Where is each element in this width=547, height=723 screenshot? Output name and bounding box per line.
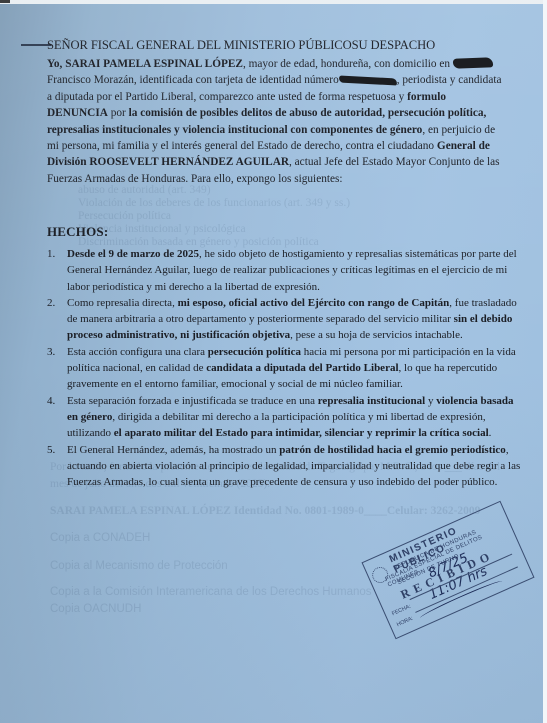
page-top-edge [0,0,543,4]
received-stamp: MINISTERIO PUBLICO REPUBLICA DE HONDURAS… [361,501,534,640]
fact-bold: patrón de hostilidad hacia el gremio per… [279,444,506,456]
fact-text: Como represalia directa, [67,297,178,309]
stamp-date-label: FECHA: [391,604,412,618]
fact-item: 1.Desde el 9 de marzo de 2025, he sido o… [67,246,522,295]
show-through-text: Copia a la Comisión Interamericana de lo… [50,586,372,598]
redacted-id-number [339,76,397,86]
fact-bold: represalia institucional [318,395,425,407]
page-corner-mark [0,0,10,3]
intro-text: , mayor de edad, hondureña, con domicili… [243,58,450,70]
show-through-text: Persecución política [78,210,171,222]
fact-number: 4. [47,393,55,409]
fact-number: 3. [47,344,55,360]
document-heading: SEÑOR FISCAL GENERAL DEL MINISTERIO PÚBL… [47,38,435,53]
fact-item: 5.El General Hernández, además, ha mostr… [67,442,522,491]
fact-text: El General Hernández, además, ha mostrad… [67,444,279,456]
intro-paragraph: Yo, SARAI PAMELA ESPINAL LÓPEZ, mayor de… [47,56,502,187]
intro-text: por [108,107,129,119]
fact-bold: candidata a diputada del Partido Liberal [206,362,398,374]
fact-text: . [489,427,492,439]
show-through-text: Copia al Mecanismo de Protección [50,560,228,572]
fact-bold: mi esposo, oficial activo del Ejército c… [178,297,450,309]
fact-text: Esta acción configura una clara [67,346,208,358]
document-page: abuso de autoridad (art. 349) Violación … [0,0,543,723]
fact-item: 2.Como represalia directa, mi esposo, of… [67,295,522,344]
fact-text: Esta separación forzada e injustificada … [67,395,318,407]
fact-bold: persecución política [208,346,301,358]
complainant-name: Yo, SARAI PAMELA ESPINAL LÓPEZ [47,58,243,70]
fact-text: , pese a su hoja de servicios intachable… [290,329,463,341]
fact-item: 4.Esta separación forzada e injustificad… [67,393,522,442]
intro-text: Francisco Morazán, identificada con tarj… [47,74,339,86]
show-through-text: Copia OACNUDH [50,603,141,615]
redacted-address [453,57,493,68]
fact-bold: el aparato militar del Estado para intim… [114,427,489,439]
fact-text: y [425,395,436,407]
fact-number: 2. [47,295,55,311]
fact-number: 5. [47,442,55,458]
section-title-hechos: HECHOS: [47,224,108,240]
fact-bold: Desde el 9 de marzo de 2025 [67,248,199,260]
fact-number: 1. [47,246,55,262]
stamp-time-label: HORA: [396,616,414,629]
fact-item: 3.Esta acción configura una clara persec… [67,344,522,393]
show-through-text: Violación de los deberes de los funciona… [78,197,350,209]
facts-list: 1.Desde el 9 de marzo de 2025, he sido o… [47,246,522,490]
show-through-text: Copia a CONADEH [50,532,150,544]
show-through-text: SARAI PAMELA ESPINAL LÓPEZ Identidad No.… [50,505,480,517]
